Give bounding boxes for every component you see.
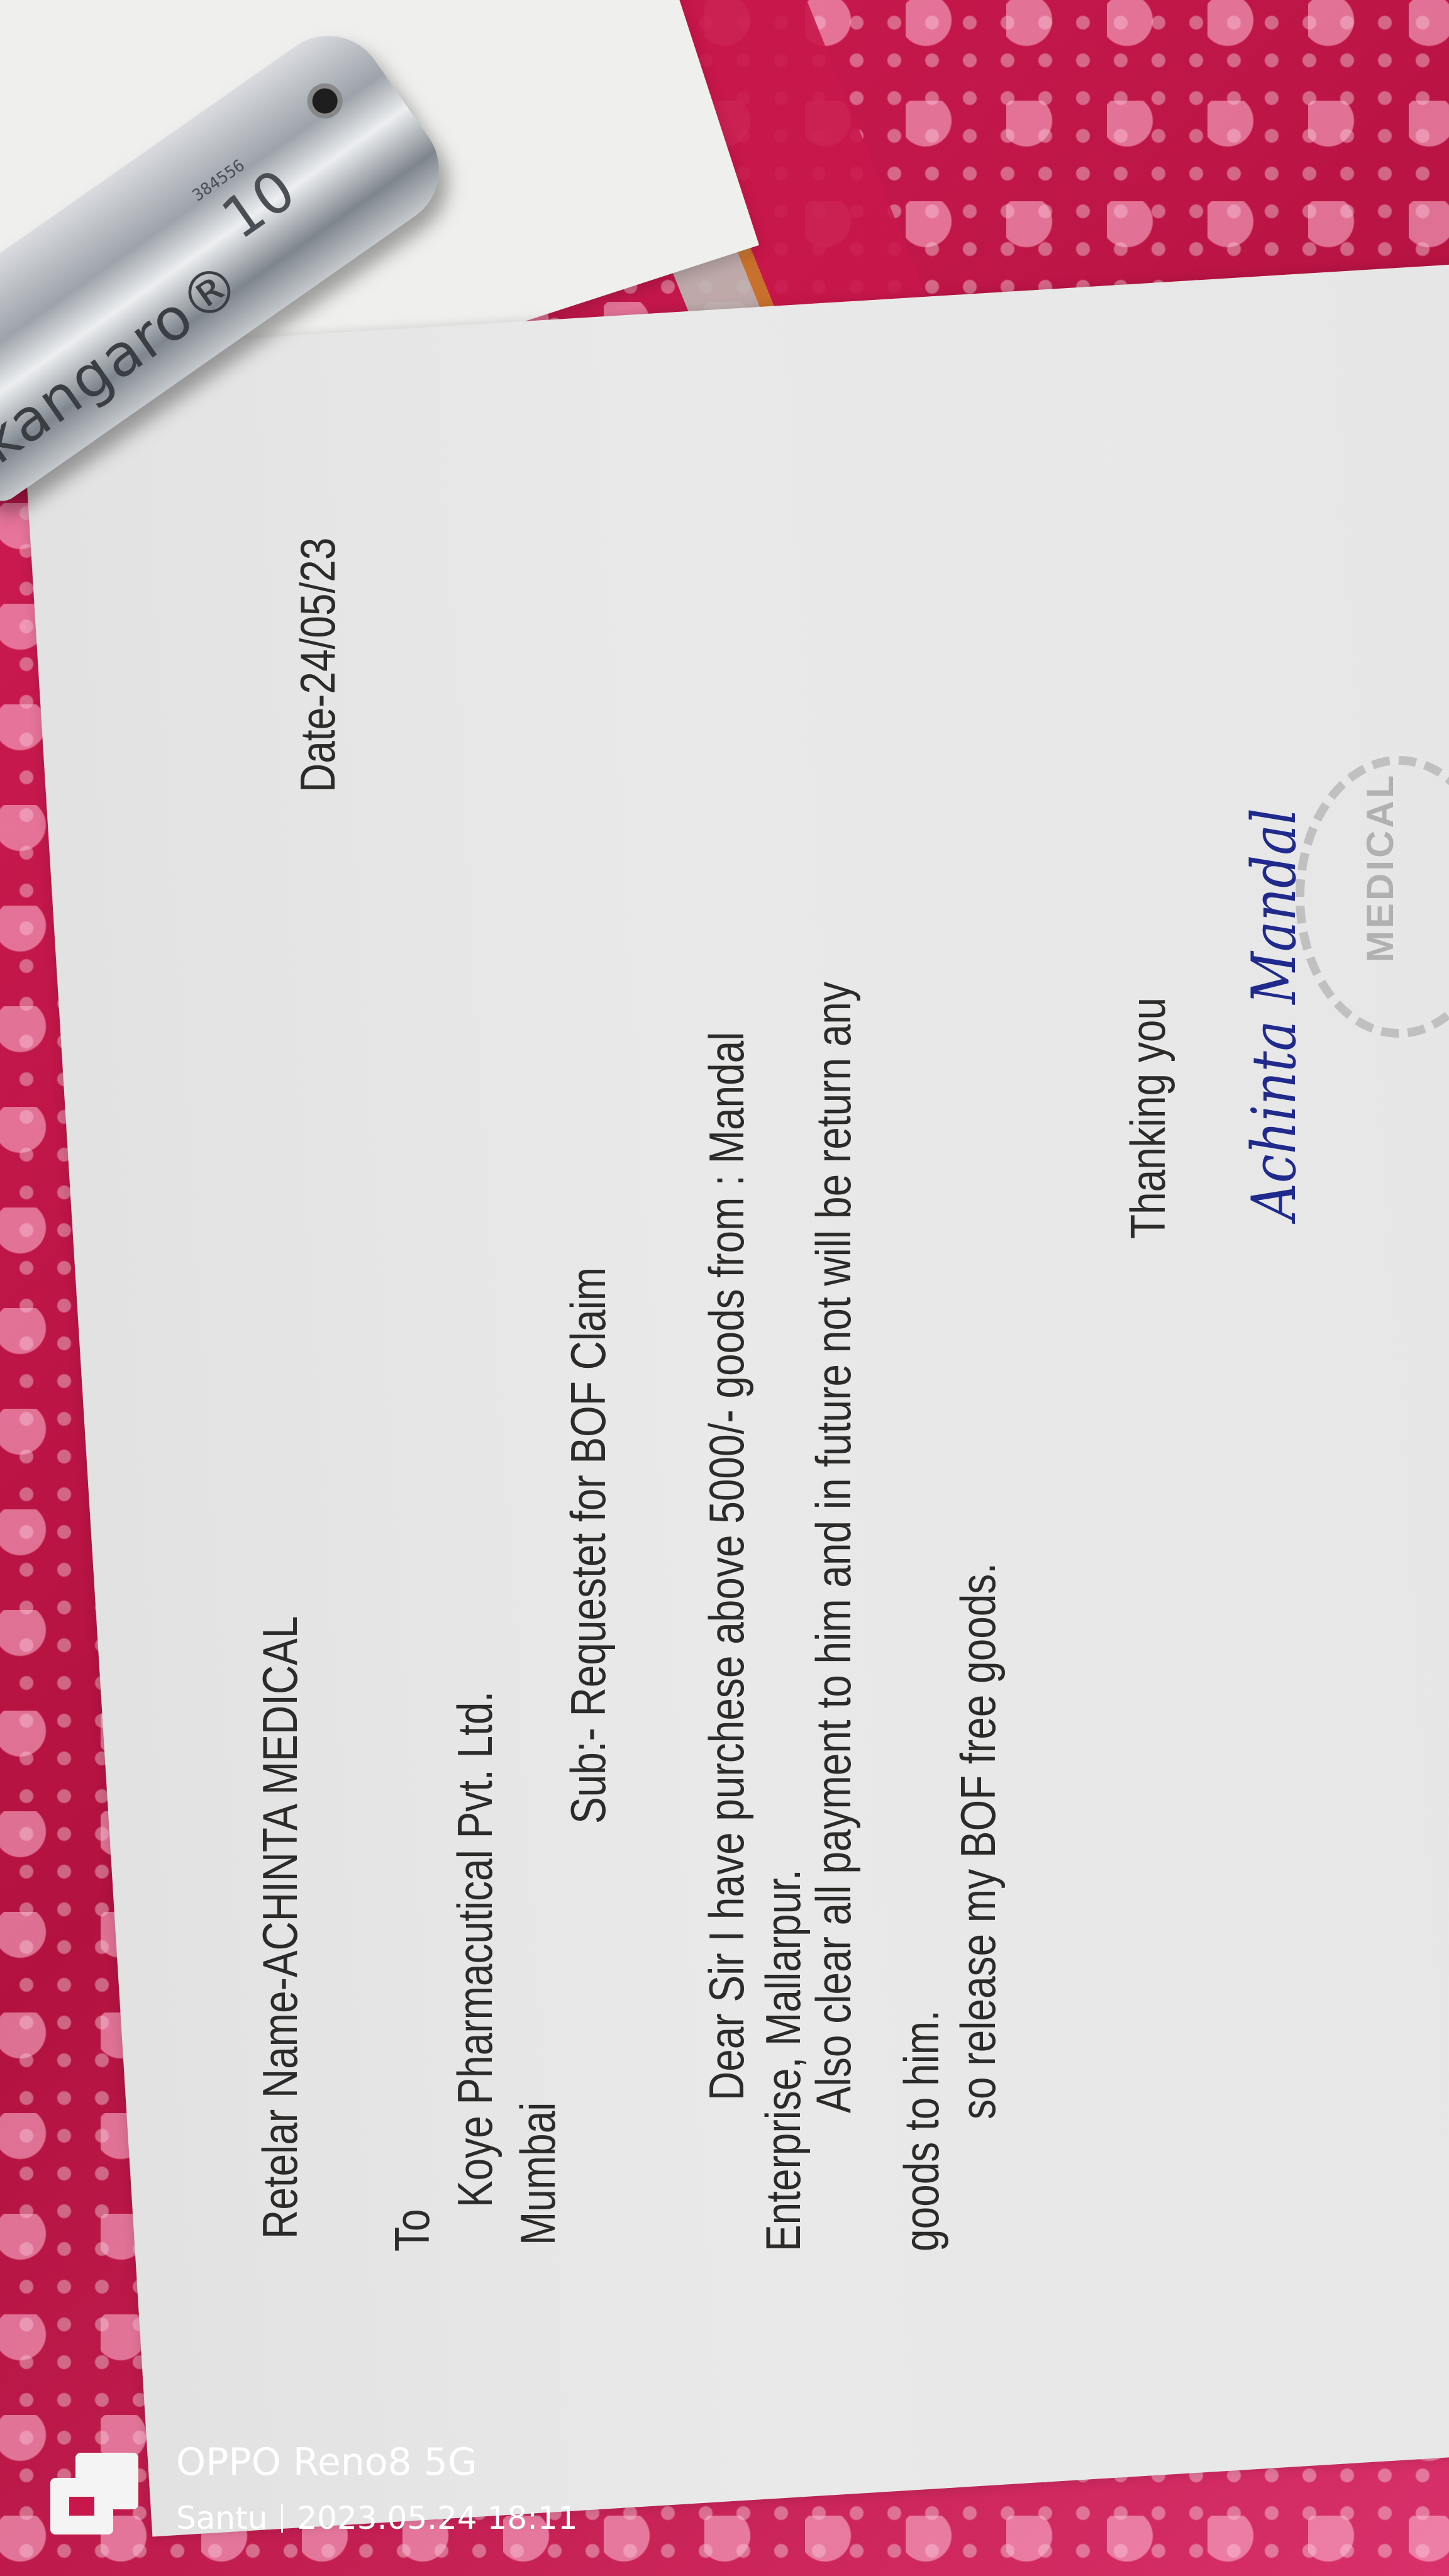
recipient-company: Koye Pharmacutical Pvt. Ltd.: [447, 1691, 504, 2207]
letter-content: Retelar Name-ACHINTA MEDICAL Date-24/05/…: [208, 302, 1402, 2314]
recipient-to: To: [384, 2209, 441, 2251]
watermark-device: OPPO Reno8 5G: [176, 2440, 477, 2484]
body-line-2: Enterprise, Mallarpur.: [755, 1869, 812, 2251]
recipient-city: Mumbai: [509, 2102, 567, 2245]
body-line-5: so release my BOF free goods.: [950, 1563, 1007, 2119]
letter-subject: Sub:- Requestet for BOF Claim: [560, 1267, 617, 1824]
body-line-3: Also clear all payment to him and in fut…: [805, 982, 862, 2113]
camera-brand-icon: [50, 2453, 138, 2534]
body-line-1: Dear Sir I have purchese above 5000/- go…: [698, 1032, 755, 2101]
watermark-author: Santu: [176, 2500, 267, 2536]
watermark-meta: Santu2023.05.24 18:11: [176, 2500, 578, 2536]
watermark-separator: [281, 2504, 283, 2533]
stamp-text: MEDICAL: [1358, 773, 1402, 962]
closing: Thanking you: [1119, 997, 1177, 1239]
retailer-name: Retelar Name-ACHINTA MEDICAL: [252, 1616, 309, 2239]
body-line-4: goods to him.: [893, 2010, 950, 2251]
stapler-rivet-icon: [301, 77, 350, 126]
watermark-timestamp: 2023.05.24 18:11: [297, 2500, 577, 2536]
letter-date: Date-24/05/23: [289, 538, 347, 792]
signature: Achinta Mandal: [1239, 808, 1309, 1220]
